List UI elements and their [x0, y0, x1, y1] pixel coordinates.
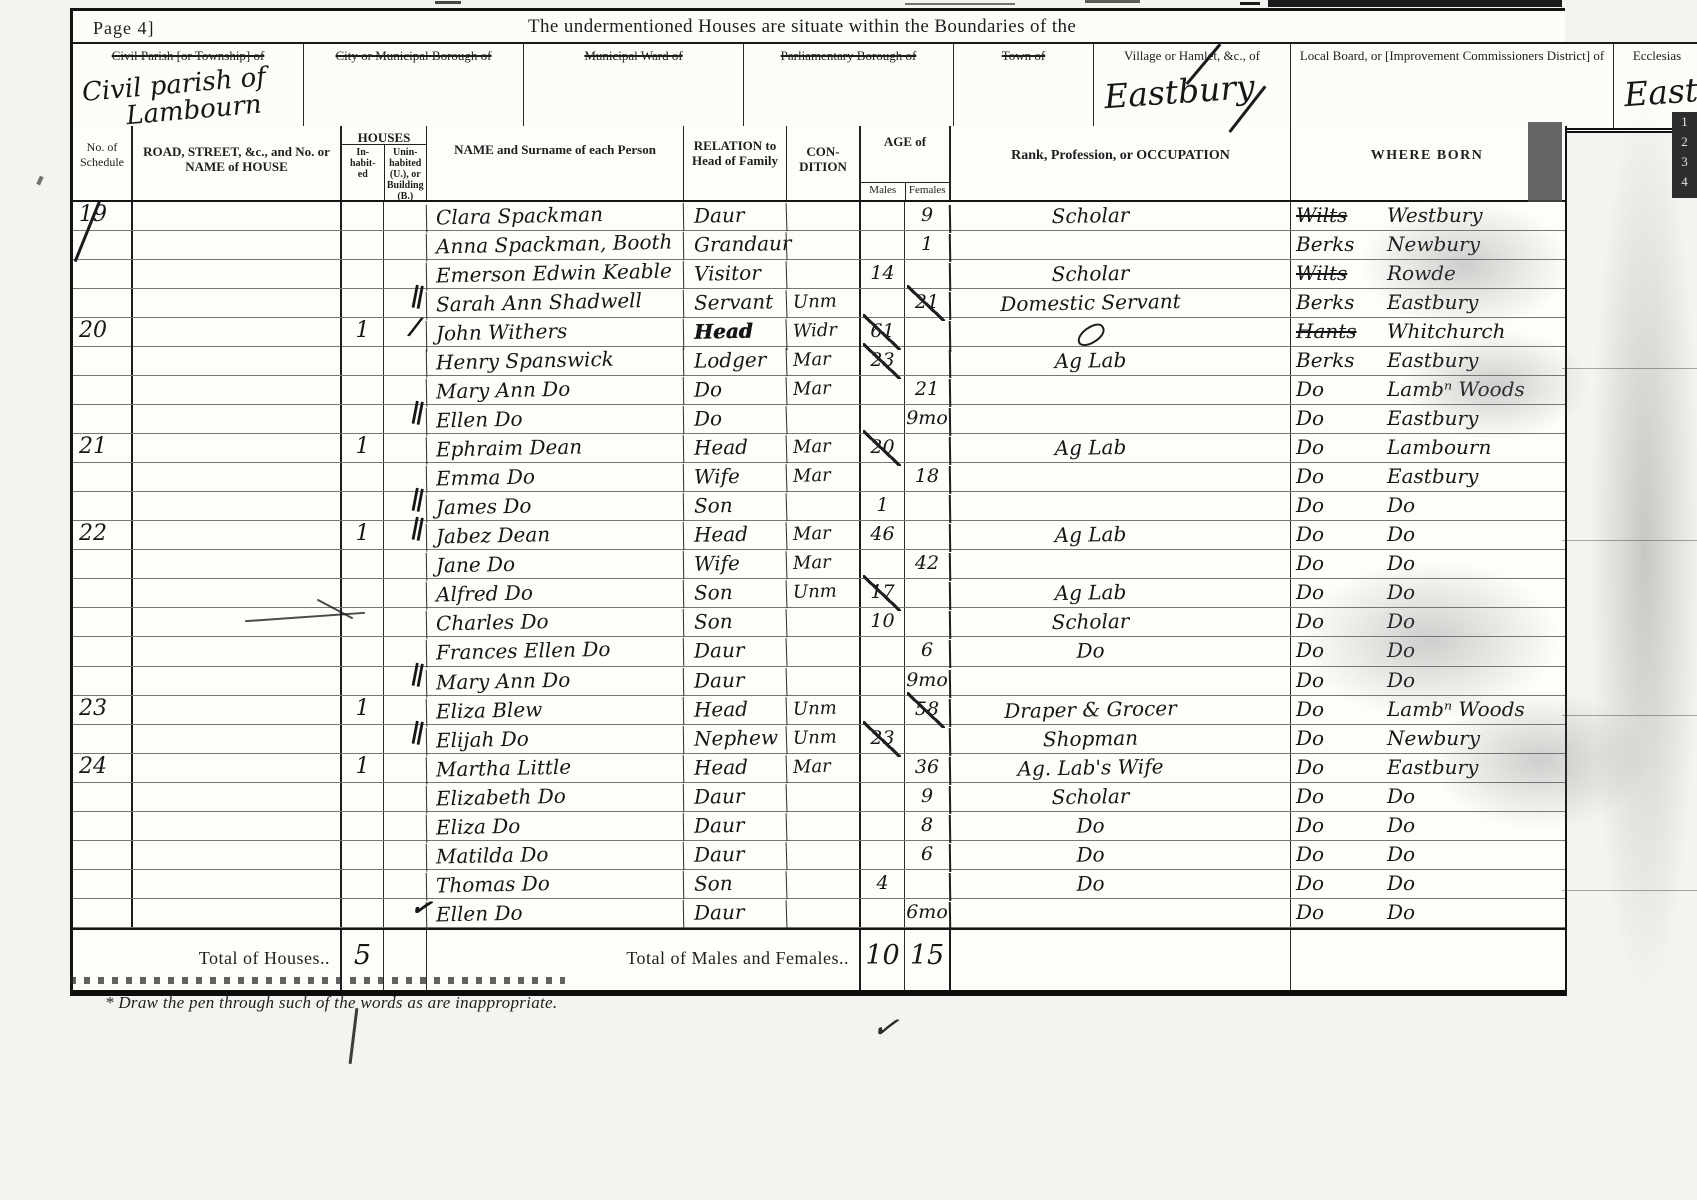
cell-born: DoDo — [1290, 899, 1563, 927]
cell-road — [131, 696, 340, 724]
cell-age-males: 10 — [859, 608, 904, 636]
cell-relation: Head — [683, 433, 786, 463]
cell-road — [131, 260, 340, 288]
cell-condition: Mar — [786, 462, 860, 493]
cell-road — [131, 667, 340, 695]
cell-relation: Visitor — [683, 259, 786, 289]
scan-artifact — [36, 176, 43, 186]
cell-schedule — [73, 812, 131, 840]
cell-uninhabited — [383, 231, 426, 259]
table-row: Elizabeth DoDaur9ScholarDoDo — [73, 783, 1565, 812]
born-county: Do — [1296, 899, 1380, 925]
cell-condition: Unm — [786, 578, 860, 609]
cell-age-males — [859, 696, 904, 724]
cell-inhabited — [340, 289, 383, 317]
cell-uninhabited — [383, 783, 426, 811]
cell-age-males — [859, 376, 904, 404]
scan-artifact — [1268, 0, 1562, 7]
cell-occupation — [949, 664, 1290, 698]
cell-condition — [786, 810, 860, 841]
table-row: 221∥Jabez DeanHeadMar46Ag LabDoDo — [73, 521, 1565, 550]
header-occupation: Rank, Profession, or OCCUPATION — [949, 126, 1290, 200]
page-title: The undermentioned Houses are situate wi… — [528, 16, 1076, 38]
cell-schedule — [73, 579, 131, 607]
cell-occupation — [949, 896, 1290, 930]
cell-name: Eliza Blew — [426, 693, 684, 726]
cell-condition — [786, 607, 860, 638]
boundary-label-civil-parish: Civil Parish [or Township] of — [73, 44, 303, 63]
cell-condition — [786, 259, 860, 290]
cell-condition: Unm — [786, 723, 860, 754]
boundary-value-village-hamlet: Eastbury — [1103, 67, 1256, 116]
total-females-value: 15 — [904, 930, 949, 990]
cell-inhabited — [340, 231, 383, 259]
cell-name: Anna Spackman, Booth — [426, 228, 684, 261]
cell-uninhabited — [383, 202, 426, 230]
cell-age-females: 9mo — [904, 667, 949, 695]
header-schedule: No. of Schedule — [73, 126, 131, 200]
cell-age-males — [859, 783, 904, 811]
cell-uninhabited — [383, 608, 426, 636]
cell-inhabited — [340, 463, 383, 491]
cell-uninhabited — [383, 434, 426, 462]
cell-age-females: 6mo — [904, 899, 949, 927]
cell-schedule: 23 — [73, 696, 131, 724]
cell-relation: Daur — [683, 811, 786, 841]
cell-schedule — [73, 667, 131, 695]
cell-road — [131, 289, 340, 317]
cell-born: DoEastbury — [1290, 463, 1563, 491]
census-page-scan: Page 4] The undermentioned Houses are si… — [0, 0, 1697, 1200]
cell-name: Elizabeth Do — [426, 780, 684, 813]
table-row: Matilda DoDaur6DoDoDo — [73, 841, 1565, 870]
cell-age-males: 17 — [859, 579, 904, 607]
cell-relation: Son — [683, 869, 786, 899]
cell-name: Frances Ellen Do — [426, 635, 684, 668]
cell-name: Emma Do — [426, 461, 684, 494]
cell-schedule — [73, 289, 131, 317]
born-county: Do — [1296, 405, 1380, 431]
cell-road — [131, 434, 340, 462]
cell-age-females — [904, 260, 949, 288]
cell-schedule: 24 — [73, 754, 131, 782]
cell-name: Henry Spanswick — [426, 344, 684, 377]
table-row: Henry SpanswickLodgerMar23Ag LabBerksEas… — [73, 347, 1565, 376]
cell-age-females: 9mo — [904, 405, 949, 433]
cell-age-males — [859, 202, 904, 230]
table-row: ∥Sarah Ann ShadwellServantUnm21Domestic … — [73, 289, 1565, 318]
table-row: ∥Elijah DoNephewUnm23ShopmanDoNewbury — [73, 725, 1565, 754]
cell-schedule: 22 — [73, 521, 131, 549]
cell-name: ∥Jabez Dean — [426, 519, 684, 552]
cell-age-females — [904, 725, 949, 753]
header-name: NAME and Surname of each Person — [426, 126, 683, 200]
header-road: ROAD, STREET, &c., and No. or NAME of HO… — [131, 126, 340, 200]
cell-road — [131, 870, 340, 898]
cell-relation: Lodger — [683, 346, 786, 376]
cell-uninhabited — [383, 550, 426, 578]
cell-name: Jane Do — [426, 548, 684, 581]
cell-name: ∥Elijah Do — [426, 722, 684, 755]
cell-age-males: 1 — [859, 492, 904, 520]
cell-inhabited — [340, 550, 383, 578]
cell-road — [131, 812, 340, 840]
cell-inhabited — [340, 376, 383, 404]
cell-road — [131, 579, 340, 607]
cell-name: ✓Ellen Do — [426, 896, 684, 929]
cell-condition: Unm — [786, 288, 860, 319]
cell-inhabited — [340, 725, 383, 753]
cell-relation: Head — [683, 695, 786, 725]
cell-name: ∥Sarah Ann Shadwell — [426, 286, 684, 319]
cell-occupation: Do — [949, 634, 1290, 668]
cell-inhabited — [340, 899, 383, 927]
cell-age-males — [859, 637, 904, 665]
cell-name: Ephraim Dean — [426, 432, 684, 465]
cell-road — [131, 899, 340, 927]
cell-relation: Son — [683, 491, 786, 521]
cell-occupation: Shopman — [949, 722, 1290, 756]
cell-occupation: Scholar — [949, 780, 1290, 814]
cell-age-males — [859, 812, 904, 840]
cell-condition — [786, 897, 860, 928]
cell-relation: Daur — [683, 782, 786, 812]
page-number: Page 4] — [93, 18, 154, 39]
cell-name: Eliza Do — [426, 809, 684, 842]
cell-relation: Head — [683, 753, 786, 783]
table-row: ∥James DoSon1DoDo — [73, 492, 1565, 521]
cell-road — [131, 202, 340, 230]
table-row: ∥Ellen DoDo9moDoEastbury — [73, 405, 1565, 434]
cell-age-males: 46 — [859, 521, 904, 549]
scan-artifact — [1085, 0, 1140, 3]
cell-age-females: 42 — [904, 550, 949, 578]
boundary-col-municipal-borough: City or Municipal Borough of — [303, 44, 523, 128]
cell-occupation: Ag. Lab's Wife — [949, 751, 1290, 785]
cell-relation: Head — [683, 520, 786, 550]
cell-uninhabited — [383, 812, 426, 840]
table-row: 19Clara SpackmanDaur9ScholarWiltsWestbur… — [73, 202, 1565, 231]
table-row: Emerson Edwin KeableVisitor14ScholarWilt… — [73, 260, 1565, 289]
cell-age-females: 21 — [904, 289, 949, 317]
cell-inhabited — [340, 870, 383, 898]
cell-road — [131, 725, 340, 753]
cell-age-females — [904, 492, 949, 520]
cell-age-males: 14 — [859, 260, 904, 288]
cell-schedule — [73, 608, 131, 636]
header-condition: CON- DITION — [786, 126, 859, 200]
cell-age-females — [904, 521, 949, 549]
cell-relation: Wife — [683, 462, 786, 492]
cell-age-males — [859, 289, 904, 317]
cell-road — [131, 783, 340, 811]
born-place: Do — [1387, 899, 1415, 925]
cell-schedule: 21 — [73, 434, 131, 462]
born-county: Do — [1296, 754, 1380, 780]
boundary-col-town: Town of — [953, 44, 1093, 128]
boundary-label-municipal-borough: City or Municipal Borough of — [304, 44, 523, 63]
table-row: ✓Ellen DoDaur6moDoDo — [73, 899, 1565, 928]
cell-age-females: 9 — [904, 783, 949, 811]
header-inhabited: In- habit- ed — [342, 145, 384, 200]
cell-schedule — [73, 376, 131, 404]
cell-schedule: 19 — [73, 202, 131, 230]
boundary-label-town: Town of — [954, 44, 1093, 63]
cell-condition: Unm — [786, 694, 860, 725]
pen-entry-mark: ✓ — [409, 893, 434, 922]
table-header-row: No. of Schedule ROAD, STREET, &c., and N… — [73, 126, 1565, 202]
cell-inhabited — [340, 260, 383, 288]
cell-name: Martha Little — [426, 751, 684, 784]
born-place: Do — [1387, 492, 1415, 518]
cell-inhabited — [340, 405, 383, 433]
cell-condition — [786, 404, 860, 435]
cell-age-females: 18 — [904, 463, 949, 491]
cell-relation: Daur — [683, 666, 786, 696]
cell-schedule: 20 — [73, 318, 131, 349]
scan-artifact — [1240, 2, 1260, 5]
cell-name: Matilda Do — [426, 838, 684, 871]
cell-inhabited — [340, 202, 383, 230]
cell-occupation: Do — [949, 809, 1290, 843]
cell-age-females: 9 — [904, 202, 949, 230]
cell-road — [131, 521, 340, 549]
pen-oval-mark — [1073, 320, 1107, 349]
cell-name: ∥Ellen Do — [426, 403, 684, 436]
born-place: Do — [1387, 783, 1415, 809]
pen-check-mark: ✓ — [869, 1006, 901, 1047]
cell-born: DoDo — [1290, 870, 1563, 898]
cell-schedule — [73, 841, 131, 869]
cell-schedule — [73, 783, 131, 811]
cell-age-females — [904, 318, 949, 349]
boundary-label-local-board: Local Board, or [Improvement Commissione… — [1291, 44, 1613, 63]
totals-row: Total of Houses.. 5 Total of Males and F… — [73, 928, 1565, 996]
cell-age-males: 23 — [859, 347, 904, 375]
header-born: WHERE BORN — [1290, 126, 1563, 200]
cell-inhabited: 1 — [340, 754, 383, 782]
cell-road — [131, 463, 340, 491]
cell-inhabited: 1 — [340, 434, 383, 462]
cell-road — [131, 550, 340, 578]
cell-age-males — [859, 405, 904, 433]
cell-name: Mary Ann Do — [426, 373, 684, 406]
scan-artifact — [1590, 100, 1697, 1000]
cell-born: DoDo — [1290, 841, 1563, 869]
table-row: 211Ephraim DeanHeadMar20Ag LabDoLambourn — [73, 434, 1565, 463]
born-county: Do — [1296, 521, 1380, 547]
cell-age-females — [904, 434, 949, 462]
born-county: Do — [1296, 812, 1380, 838]
cell-uninhabited — [383, 841, 426, 869]
cell-schedule — [73, 492, 131, 520]
totals-spacer — [949, 930, 1290, 990]
header-age-group: AGE of Males Females — [859, 126, 949, 200]
cell-inhabited — [340, 637, 383, 665]
born-county: Do — [1296, 492, 1380, 518]
cell-inhabited — [340, 492, 383, 520]
cell-inhabited — [340, 667, 383, 695]
cell-age-males — [859, 231, 904, 259]
born-county: Berks — [1296, 347, 1380, 373]
cell-age-females: 8 — [904, 812, 949, 840]
table-row: Eliza DoDaur8DoDoDo — [73, 812, 1565, 841]
cell-age-males: 23 — [859, 725, 904, 753]
cell-age-males: 20 — [859, 434, 904, 462]
cell-schedule — [73, 637, 131, 665]
cell-condition — [786, 665, 860, 696]
cell-condition — [786, 636, 860, 667]
born-county: Do — [1296, 870, 1380, 896]
boundary-col-parliamentary-borough: Parliamentary Borough of — [743, 44, 953, 128]
boundary-col-village-hamlet: Village or Hamlet, &c., ofEastbury — [1093, 44, 1290, 128]
cell-age-males — [859, 899, 904, 927]
cell-relation: Nephew — [683, 724, 786, 754]
cell-born: DoDo — [1290, 492, 1563, 520]
boundary-col-civil-parish: Civil Parish [or Township] ofCivil paris… — [73, 44, 303, 128]
cell-inhabited — [340, 347, 383, 375]
cell-age-males — [859, 754, 904, 782]
cell-schedule — [73, 725, 131, 753]
table-row: Emma DoWifeMar18DoEastbury — [73, 463, 1565, 492]
boundary-label-parliamentary-borough: Parliamentary Borough of — [744, 44, 953, 63]
cell-road — [131, 841, 340, 869]
cell-occupation: Do — [949, 838, 1290, 872]
footnote: * Draw the pen through such of the words… — [105, 993, 557, 1013]
cell-condition: Mar — [786, 375, 860, 406]
born-place: Do — [1387, 521, 1415, 547]
cell-schedule — [73, 260, 131, 288]
scan-artifact — [1562, 540, 1697, 541]
cell-age-males — [859, 667, 904, 695]
cell-age-females — [904, 870, 949, 898]
cell-schedule — [73, 870, 131, 898]
cell-condition: Mar — [786, 549, 860, 580]
scan-artifact — [1360, 200, 1570, 330]
cell-schedule — [73, 347, 131, 375]
cell-relation: Do — [683, 404, 786, 434]
cell-condition — [786, 839, 860, 870]
cell-condition — [786, 868, 860, 899]
born-county: Do — [1296, 463, 1380, 489]
header-uninhabited: Unin- habited (U.), or Building (B.) — [384, 145, 427, 200]
header-males: Males — [861, 183, 905, 200]
cell-relation: Grandaur — [683, 230, 786, 260]
cell-schedule — [73, 405, 131, 433]
born-county: Do — [1296, 841, 1380, 867]
cell-age-males: 4 — [859, 870, 904, 898]
cell-age-females — [904, 608, 949, 636]
table-row: 241Martha LittleHeadMar36Ag. Lab's WifeD… — [73, 754, 1565, 783]
cell-schedule — [73, 463, 131, 491]
cell-relation: Daur — [683, 898, 786, 928]
scan-artifact — [1562, 890, 1697, 891]
cell-relation: Daur — [683, 840, 786, 870]
boundary-label-municipal-ward: Municipal Ward of — [524, 44, 743, 63]
scan-artifact — [1562, 715, 1697, 716]
cell-age-males — [859, 463, 904, 491]
cell-road — [131, 347, 340, 375]
table-row: Mary Ann DoDoMar21DoLambⁿ Woods — [73, 376, 1565, 405]
cell-relation: Daur — [683, 637, 786, 667]
cell-inhabited: 1 — [340, 521, 383, 549]
cell-age-males — [859, 841, 904, 869]
boundary-label-ecclesiastical: Ecclesias — [1614, 44, 1697, 63]
cell-occupation: Do — [949, 867, 1290, 901]
cell-age-females — [904, 579, 949, 607]
cell-age-females: 6 — [904, 637, 949, 665]
cell-inhabited — [340, 783, 383, 811]
cell-condition — [786, 781, 860, 812]
cell-name: ∥Mary Ann Do — [426, 664, 684, 697]
cell-born: DoDo — [1290, 521, 1563, 549]
cell-road — [131, 608, 340, 636]
born-place: Do — [1387, 812, 1415, 838]
scan-artifact — [1562, 368, 1697, 369]
total-males-value: 10 — [859, 930, 904, 990]
cell-age-females — [904, 347, 949, 375]
born-county: Do — [1296, 725, 1380, 751]
title-band: Page 4] The undermentioned Houses are si… — [70, 8, 1565, 45]
cell-age-females: 36 — [904, 754, 949, 782]
cell-schedule — [73, 899, 131, 927]
cell-age-females: 21 — [904, 376, 949, 404]
cell-name: Emerson Edwin Keable — [426, 257, 684, 290]
cell-inhabited — [340, 812, 383, 840]
cell-road — [131, 376, 340, 404]
scan-artifact — [1400, 330, 1590, 440]
cell-uninhabited — [383, 347, 426, 375]
header-females: Females — [905, 183, 950, 200]
cell-occupation: Draper & Grocer — [949, 693, 1290, 727]
cell-name: Clara Spackman — [426, 199, 684, 232]
cell-inhabited: 1 — [340, 696, 383, 724]
cell-condition: Mar — [786, 752, 860, 783]
cell-inhabited — [340, 579, 383, 607]
boundary-col-local-board: Local Board, or [Improvement Commissione… — [1290, 44, 1613, 128]
cell-relation: Servant — [683, 288, 786, 318]
boundary-value-line: Eastbury — [1103, 67, 1256, 116]
cell-road — [131, 637, 340, 665]
cell-age-males — [859, 550, 904, 578]
table-row: Anna Spackman, BoothGrandaur1BerksNewbur… — [73, 231, 1565, 260]
cell-relation: Wife — [683, 549, 786, 579]
cell-condition — [786, 230, 860, 261]
cell-age-females: 6 — [904, 841, 949, 869]
cell-inhabited: 1 — [340, 318, 383, 349]
cell-age-females: 58 — [904, 696, 949, 724]
boundary-value-civil-parish: Civil parish ofLambourn — [81, 64, 269, 134]
header-houses-group: HOUSES In- habit- ed Unin- habited (U.),… — [340, 126, 426, 200]
scan-artifact — [1528, 122, 1562, 202]
cell-inhabited — [340, 841, 383, 869]
cell-condition: Mar — [786, 520, 860, 551]
cell-relation: Son — [683, 579, 786, 609]
scan-artifact — [905, 3, 1015, 5]
cell-relation: Daur — [683, 201, 786, 231]
table-row: Thomas DoSon4DoDoDo — [73, 870, 1565, 899]
cell-relation: Do — [683, 375, 786, 405]
cell-age-females: 1 — [904, 231, 949, 259]
scan-artifact — [70, 977, 565, 984]
cell-condition — [786, 491, 860, 522]
cell-name: Thomas Do — [426, 867, 684, 900]
born-place: Do — [1387, 841, 1415, 867]
cell-relation: Son — [683, 608, 786, 638]
cell-uninhabited — [383, 579, 426, 607]
born-county: Do — [1296, 783, 1380, 809]
cell-condition: Mar — [786, 433, 860, 464]
